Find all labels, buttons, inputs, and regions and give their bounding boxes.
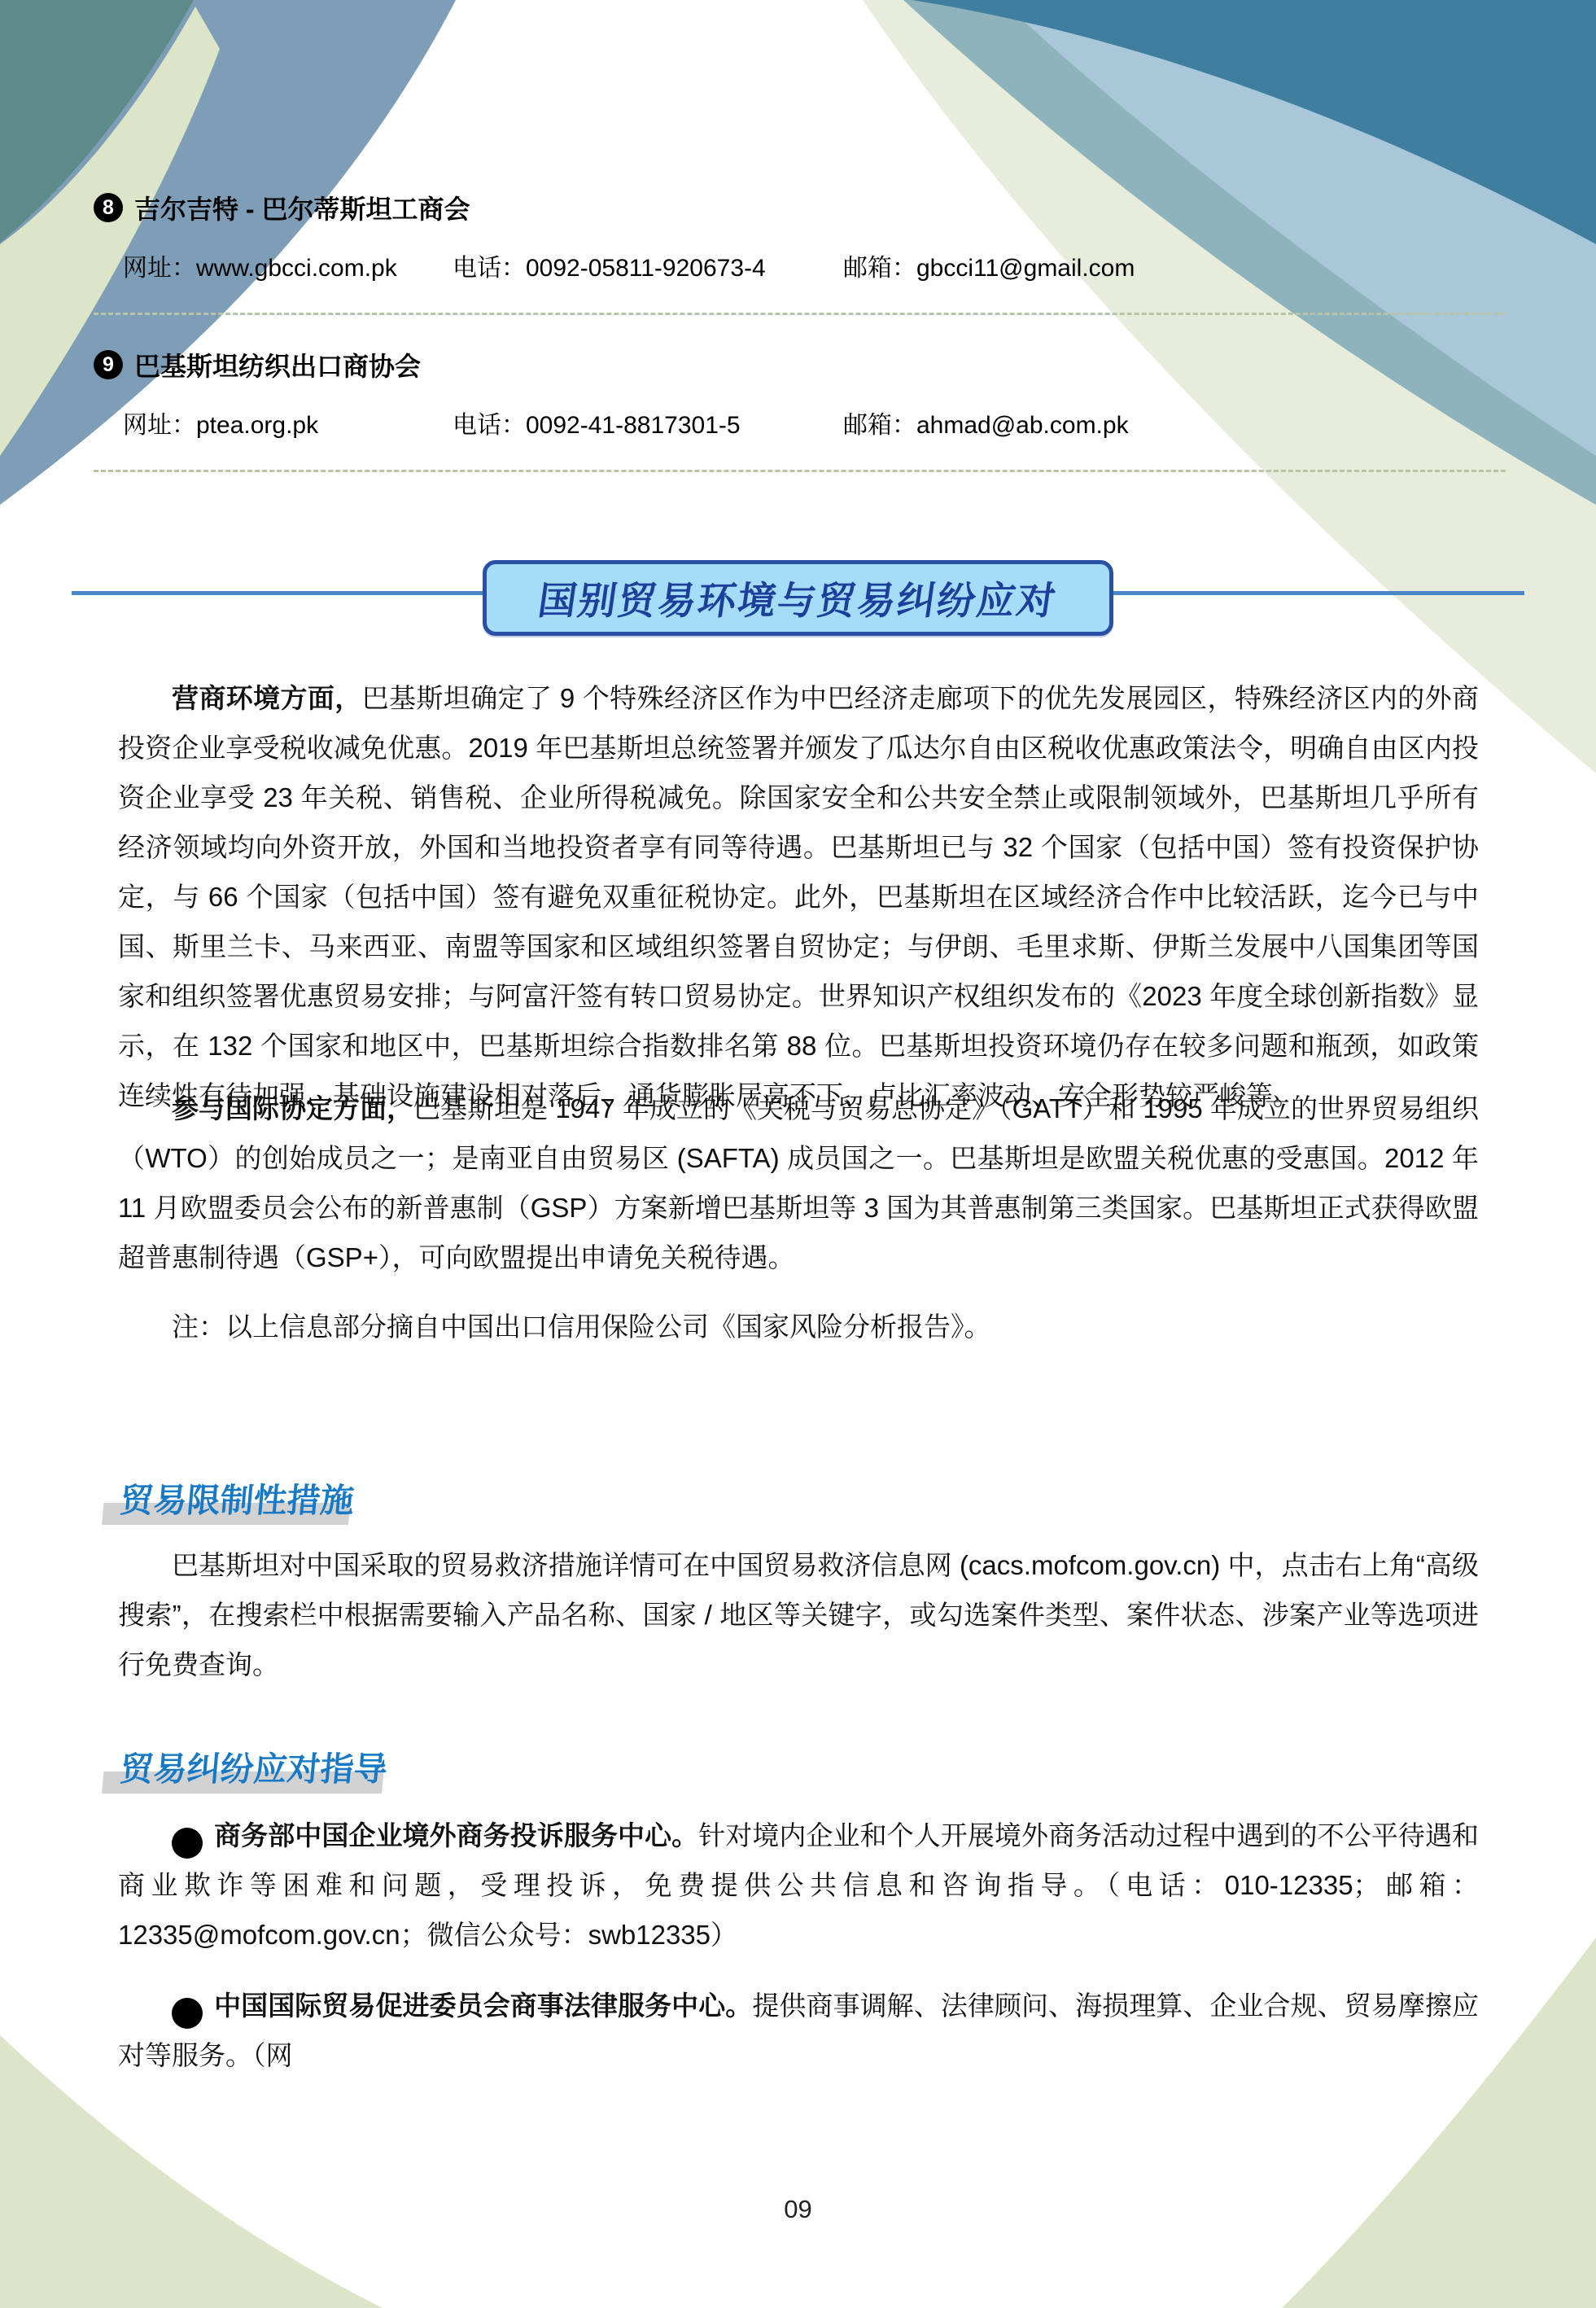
banner-box: 国别贸易环境与贸易纠纷应对 [483, 560, 1113, 636]
paragraph-lead: 参与国际协定方面， [172, 1093, 413, 1123]
guidance-item-mofcom-center: 1商务部中国企业境外商务投诉服务中心。针对境内企业和个人开展境外商务活动过程中遇… [118, 1811, 1479, 1960]
section-trade-restrictions-body: 巴基斯坦对中国采取的贸易救济措施详情可在中国贸易救济信息网 (cacs.mofc… [118, 1540, 1479, 1689]
guidance-item-ccpit-center: 2中国国际贸易促进委员会商事法律服务中心。提供商事调解、法律顾问、海损理算、企业… [118, 1981, 1479, 2080]
page-number: 09 [0, 2195, 1596, 2224]
item-title: 中国国际贸易促进委员会商事法律服务中心。 [214, 1990, 752, 2021]
contact-phone: 电话：0092-41-8817301-5 [453, 405, 843, 440]
circled-number-2-icon: 2 [172, 1998, 203, 2029]
paragraph-lead: 营商环境方面， [172, 683, 362, 713]
contact-website: 网址：www.gbcci.com.pk [123, 247, 453, 283]
website-value: www.gbcci.com.pk [196, 255, 397, 282]
section-heading-trade-restrictions: 贸易限制性措施 [116, 1474, 359, 1522]
contact-title: 9 巴基斯坦纺织出口商协会 [94, 346, 1506, 383]
email-value: gbcci11@gmail.com [916, 255, 1135, 282]
document-page: 8 吉尔吉特 - 巴尔蒂斯坦工商会 网址：www.gbcci.com.pk 电话… [0, 0, 1596, 2308]
contact-list: 8 吉尔吉特 - 巴尔蒂斯坦工商会 网址：www.gbcci.com.pk 电话… [94, 189, 1506, 472]
website-value: ptea.org.pk [196, 412, 318, 439]
contact-details: 网址：ptea.org.pk 电话：0092-41-8817301-5 邮箱：a… [94, 405, 1506, 440]
circled-number-1-icon: 1 [172, 1828, 203, 1859]
dashed-divider [94, 313, 1506, 315]
email-label: 邮箱： [843, 255, 916, 282]
paragraph-body: 巴基斯坦确定了 9 个特殊经济区作为中巴经济走廊项下的优先发展园区，特殊经济区内… [118, 683, 1479, 1110]
contact-phone: 电话：0092-05811-920673-4 [453, 247, 843, 283]
phone-label: 电话： [453, 255, 526, 282]
circled-number-8-icon: 8 [94, 193, 123, 222]
contact-email: 邮箱：ahmad@ab.com.pk [843, 405, 1506, 440]
contact-name: 吉尔吉特 - 巴尔蒂斯坦工商会 [134, 189, 470, 226]
website-label: 网址： [123, 412, 196, 439]
paragraph-international-agreements: 参与国际协定方面，巴基斯坦是 1947 年成立的《关税与贸易总协定》（GATT）… [118, 1084, 1479, 1282]
section-heading-dispute-guidance: 贸易纠纷应对指导 [116, 1742, 392, 1790]
banner-title: 国别贸易环境与贸易纠纷应对 [535, 571, 1060, 625]
contact-details: 网址：www.gbcci.com.pk 电话：0092-05811-920673… [94, 247, 1506, 283]
section-banner: 国别贸易环境与贸易纠纷应对 [0, 560, 1596, 636]
item-title: 商务部中国企业境外商务投诉服务中心。 [214, 1820, 698, 1850]
email-label: 邮箱： [843, 412, 916, 439]
contact-entry-ptea: 9 巴基斯坦纺织出口商协会 网址：ptea.org.pk 电话：0092-41-… [94, 346, 1506, 472]
phone-value: 0092-05811-920673-4 [526, 255, 766, 282]
contact-email: 邮箱：gbcci11@gmail.com [843, 247, 1506, 283]
section-heading-text: 贸易纠纷应对指导 [113, 1742, 394, 1790]
phone-value: 0092-41-8817301-5 [526, 412, 741, 439]
contact-website: 网址：ptea.org.pk [123, 405, 453, 440]
contact-entry-gbcci: 8 吉尔吉特 - 巴尔蒂斯坦工商会 网址：www.gbcci.com.pk 电话… [94, 189, 1506, 315]
source-note: 注：以上信息部分摘自中国出口信用保险公司《国家风险分析报告》。 [118, 1302, 1479, 1351]
contact-title: 8 吉尔吉特 - 巴尔蒂斯坦工商会 [94, 189, 1506, 226]
email-value: ahmad@ab.com.pk [916, 412, 1129, 439]
circled-number-9-icon: 9 [94, 350, 123, 379]
page-content: 8 吉尔吉特 - 巴尔蒂斯坦工商会 网址：www.gbcci.com.pk 电话… [0, 0, 1596, 2308]
contact-name: 巴基斯坦纺织出口商协会 [134, 346, 421, 383]
website-label: 网址： [123, 255, 196, 282]
section-heading-text: 贸易限制性措施 [113, 1474, 361, 1522]
dashed-divider [94, 470, 1506, 472]
paragraph-business-environment: 营商环境方面，巴基斯坦确定了 9 个特殊经济区作为中巴经济走廊项下的优先发展园区… [118, 673, 1479, 1120]
phone-label: 电话： [453, 412, 526, 439]
